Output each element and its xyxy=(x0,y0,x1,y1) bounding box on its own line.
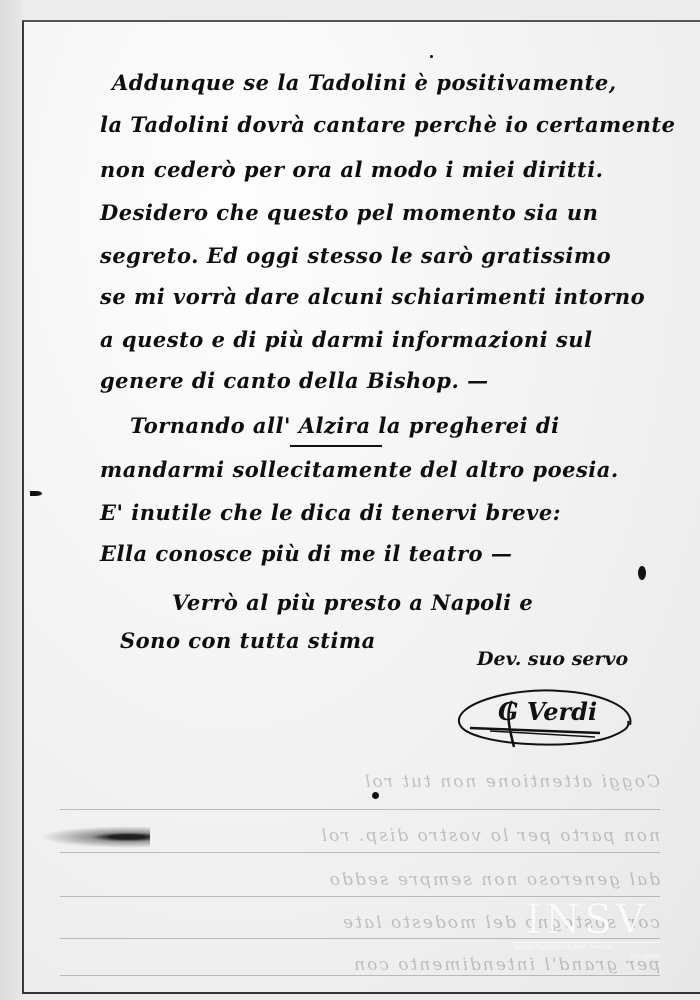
watermark-caption-1: Istituto Nazionale di Studi Verdiani xyxy=(514,943,660,952)
line-9-text: Tornando all' Alzira la pregherei di xyxy=(130,413,560,438)
letter-line-5: segreto. Ed oggi stesso le sarò gratissi… xyxy=(100,243,611,268)
letter-line-14: Sono con tutta stima xyxy=(120,628,376,653)
closing-formula: Dev. suo servo xyxy=(477,648,628,670)
letter-line-11: E' inutile che le dica di tenervi breve: xyxy=(100,500,561,525)
letter-line-10: mandarmi sollecitamente del altro poesia… xyxy=(100,457,619,482)
bleed-through-line: dal generoso non sempre seddo xyxy=(50,870,660,890)
letter-line-7: a questo e di più darmi informazioni sul xyxy=(100,327,593,352)
signature-text: G Verdi xyxy=(498,697,597,726)
ink-smudge xyxy=(40,826,150,848)
ink-dot xyxy=(372,792,379,799)
letter-line-12: Ella conosce più di me il teatro — xyxy=(100,541,512,566)
letter-line-4: Desidero che questo pel momento sia un xyxy=(100,200,598,225)
letter-line-1: Addunque se la Tadolini è positivamente, xyxy=(112,70,617,95)
letter-line-9: Tornando all' Alzira la pregherei di xyxy=(130,413,560,438)
ruled-line xyxy=(60,809,660,810)
signature: G Verdi xyxy=(450,685,640,751)
letter-line-8: genere di canto della Bishop. — xyxy=(100,368,489,393)
alzira-underline xyxy=(290,445,382,447)
bleed-through-line: Coggi attentione non tut rol xyxy=(50,772,660,792)
insv-watermark: INSV Istituto Nazionale di Studi Verdian… xyxy=(514,898,660,961)
letter-line-2: la Tadolini dovrà cantare perchè io cert… xyxy=(100,112,675,137)
letter-line-6: se mi vorrà dare alcuni schiarimenti int… xyxy=(100,284,645,309)
ink-mark xyxy=(30,491,42,496)
letter-line-13: Verrò al più presto a Napoli e xyxy=(172,590,533,615)
ruled-line xyxy=(60,975,660,976)
watermark-caption-2: Fotografia xyxy=(514,952,660,961)
letter-line-3: non cederò per ora al modo i miei diritt… xyxy=(100,157,604,182)
watermark-letters: INSV xyxy=(514,898,660,943)
ink-dot xyxy=(430,55,433,58)
ruled-line xyxy=(60,852,660,853)
ink-dot xyxy=(638,566,646,580)
